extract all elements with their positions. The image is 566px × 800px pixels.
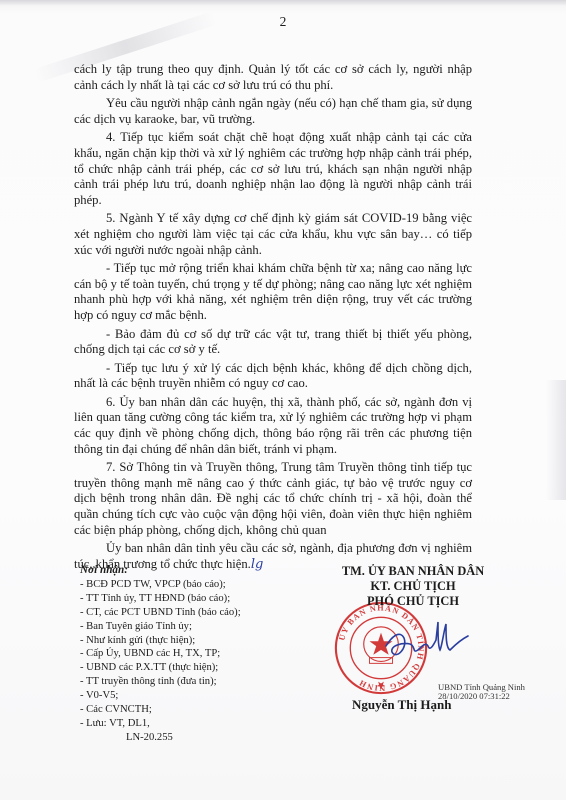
recipients-note: LN-20.255 bbox=[80, 731, 300, 745]
recipient-item: - Ban Tuyên giáo Tỉnh ủy; bbox=[80, 620, 300, 634]
signature-line-2: KT. CHỦ TỊCH bbox=[318, 579, 508, 594]
recipients-title: Nơi nhận: bbox=[80, 564, 300, 578]
paragraph: cách ly tập trung theo quy định. Quản lý… bbox=[74, 62, 472, 93]
recipient-item: - Các CVNCTH; bbox=[80, 703, 300, 717]
handwritten-signature-icon bbox=[382, 616, 472, 666]
recipients-items: - BCĐ PCD TW, VPCP (báo cáo);- TT Tỉnh ủ… bbox=[80, 578, 300, 731]
signature-line-1: TM. ỦY BAN NHÂN DÂN bbox=[318, 564, 508, 579]
paragraph: Yêu cầu người nhập cảnh ngắn ngày (nếu c… bbox=[74, 96, 472, 127]
scan-top-edge bbox=[0, 0, 566, 6]
paragraph: 6. Ủy ban nhân dân các huyện, thị xã, th… bbox=[74, 395, 472, 457]
document-body: cách ly tập trung theo quy định. Quản lý… bbox=[74, 62, 472, 575]
scan-fold-shadow bbox=[546, 380, 566, 500]
signer-name: Nguyễn Thị Hạnh bbox=[352, 697, 451, 713]
recipient-item: - Lưu: VT, DL1, bbox=[80, 717, 300, 731]
recipient-item: - TT Tỉnh ủy, TT HĐND (báo cáo); bbox=[80, 592, 300, 606]
recipient-item: - CT, các PCT UBND Tỉnh (báo cáo); bbox=[80, 606, 300, 620]
paragraph: - Tiếp tục mở rộng triển khai khám chữa … bbox=[74, 261, 472, 323]
recipient-item: - UBND các P.X.TT (thực hiện); bbox=[80, 661, 300, 675]
signature-block: TM. ỦY BAN NHÂN DÂN KT. CHỦ TỊCH PHÓ CHỦ… bbox=[318, 564, 508, 609]
paragraph: 5. Ngành Y tế xây dựng cơ chế định kỳ gi… bbox=[74, 211, 472, 258]
document-page: 2 cách ly tập trung theo quy định. Quản … bbox=[0, 0, 566, 800]
paragraph: - Bảo đảm đủ cơ số dự trữ các vật tư, tr… bbox=[74, 327, 472, 358]
signature-line-3: PHÓ CHỦ TỊCH bbox=[318, 594, 508, 609]
paragraph: 7. Sở Thông tin và Truyền thông, Trung t… bbox=[74, 460, 472, 538]
paragraph: - Tiếp tục lưu ý xử lý các dịch bệnh khá… bbox=[74, 361, 472, 392]
recipient-item: - TT truyền thông tỉnh (đưa tin); bbox=[80, 675, 300, 689]
paragraph: 4. Tiếp tục kiểm soát chặt chẽ hoạt động… bbox=[74, 130, 472, 208]
recipient-item: - V0-V5; bbox=[80, 689, 300, 703]
recipient-item: - BCĐ PCD TW, VPCP (báo cáo); bbox=[80, 578, 300, 592]
recipients-list: Nơi nhận: - BCĐ PCD TW, VPCP (báo cáo);-… bbox=[80, 564, 300, 745]
recipient-item: - Cấp Ủy, UBND các H, TX, TP; bbox=[80, 647, 300, 661]
recipient-item: - Như kính gửi (thực hiện); bbox=[80, 634, 300, 648]
page-number: 2 bbox=[0, 14, 566, 30]
